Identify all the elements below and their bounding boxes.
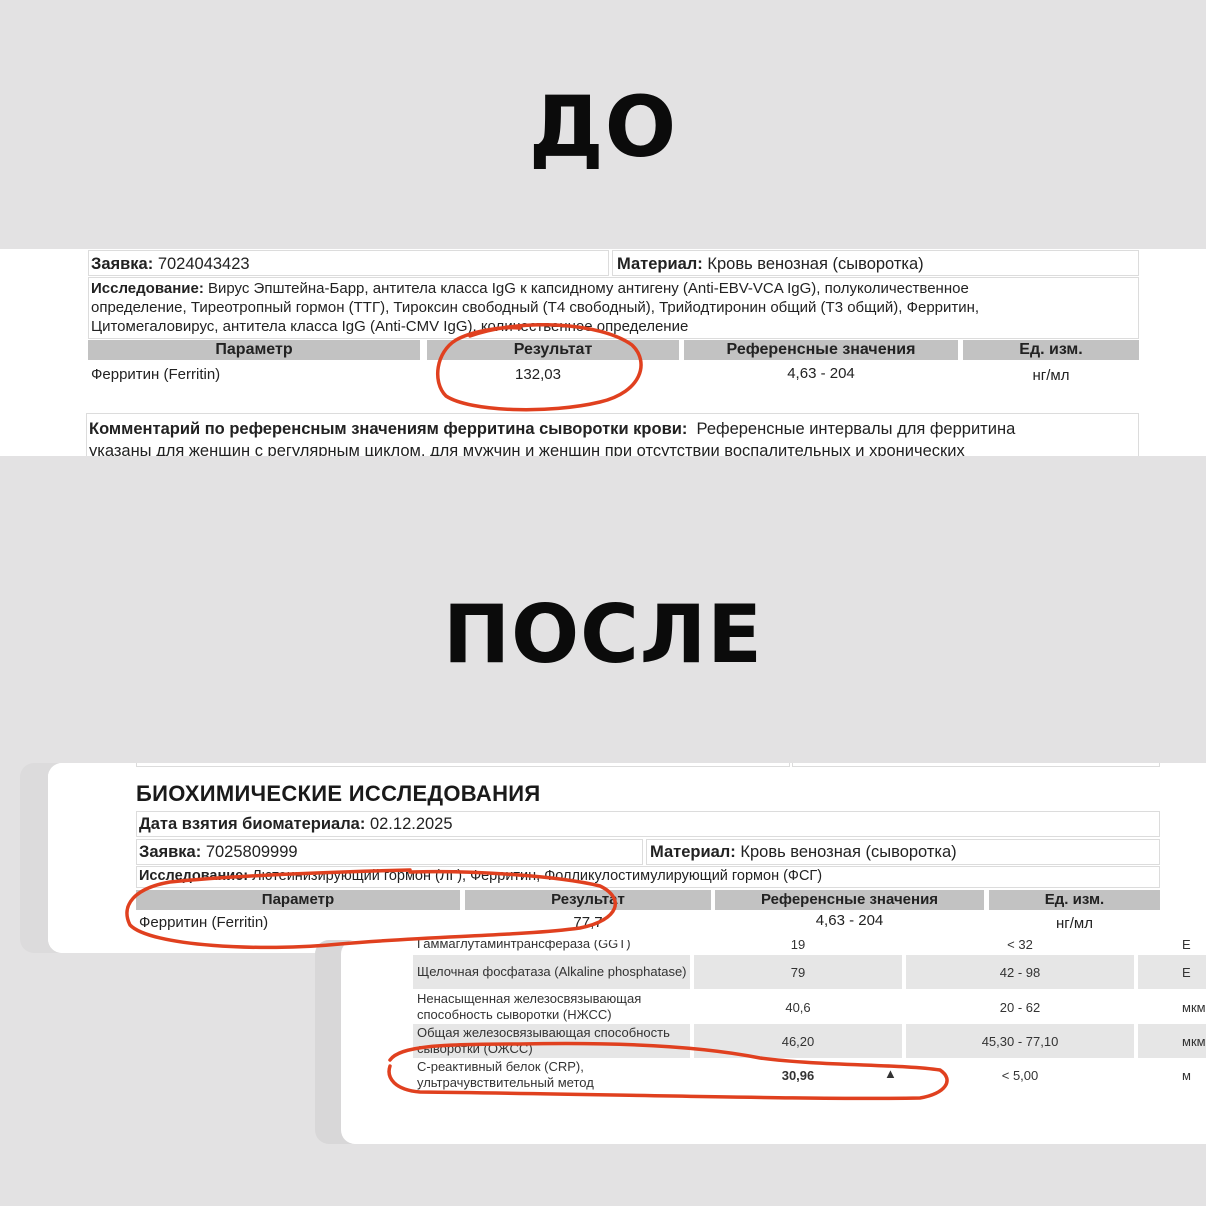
row-unit: нг/мл xyxy=(963,367,1139,384)
table-row: Ненасыщенная железосвязывающая способнос… xyxy=(341,990,1206,1024)
row-unit: мкм xyxy=(1138,1024,1206,1058)
row-reference: < 32 xyxy=(906,940,1134,954)
row-reference: 4,63 - 204 xyxy=(684,365,958,382)
cut-row-left xyxy=(136,763,790,767)
row-reference: < 5,00 xyxy=(906,1058,1134,1092)
row-param: Общая железосвязывающая способность сыво… xyxy=(413,1024,690,1058)
col-header-unit: Ед. изм. xyxy=(989,890,1160,910)
row-result: 30,96 xyxy=(694,1058,902,1092)
study: Исследование: Лютеинизирующий гормон (ЛГ… xyxy=(139,868,822,884)
table-row-crp: С-реактивный белок (CRP), ультрачувствит… xyxy=(341,1058,1206,1092)
study-label: Исследование: xyxy=(91,280,204,297)
before-report-card: Заявка: 7024043423 Материал: Кровь веноз… xyxy=(0,249,1206,456)
order-value: 7024043423 xyxy=(158,255,250,273)
heading-after: ПОСЛЕ xyxy=(0,588,1206,681)
row-unit: Е xyxy=(1138,955,1206,989)
after-biochem-card: Гаммаглутаминтрансфераза (GGT) 19 < 32 Е… xyxy=(341,940,1206,1144)
section-title: БИОХИМИЧЕСКИЕ ИССЛЕДОВАНИЯ xyxy=(136,781,541,807)
study-text: Вирус Эпштейна-Барр, антитела класса IgG… xyxy=(208,280,969,297)
col-header-reference: Референсные значения xyxy=(715,890,984,910)
row-param: Ненасыщенная железосвязывающая способнос… xyxy=(413,990,690,1024)
material: Материал: Кровь венозная (сыворотка) xyxy=(650,843,957,862)
row-result: 79 xyxy=(694,955,902,989)
comment-line-2: указаны для женщин с регулярным циклом, … xyxy=(89,442,965,456)
material: Материал: Кровь венозная (сыворотка) xyxy=(617,255,924,274)
row-unit: м xyxy=(1138,1058,1206,1092)
row-result: 132,03 xyxy=(427,366,649,383)
cut-row-right xyxy=(792,763,1160,767)
sample-date: Дата взятия биоматериала: 02.12.2025 xyxy=(139,815,453,834)
study-line-1: Исследование: Вирус Эпштейна-Барр, антит… xyxy=(91,280,969,297)
material-value: Кровь венозная (сыворотка) xyxy=(707,255,923,273)
row-reference: 20 - 62 xyxy=(906,990,1134,1024)
material-value: Кровь венозная (сыворотка) xyxy=(740,843,956,861)
order: Заявка: 7025809999 xyxy=(139,843,298,862)
col-header-param: Параметр xyxy=(136,890,460,910)
col-header-unit: Ед. изм. xyxy=(963,340,1139,360)
study-line-2: определение, Тиреотропный гормон (ТТГ), … xyxy=(91,299,979,316)
row-unit: нг/мл xyxy=(989,915,1160,932)
col-header-reference: Референсные значения xyxy=(684,340,958,360)
row-param: С-реактивный белок (CRP), ультрачувствит… xyxy=(413,1058,690,1092)
row-reference: 45,30 - 77,10 xyxy=(906,1024,1134,1058)
row-result: 19 xyxy=(694,940,902,954)
row-reference: 4,63 - 204 xyxy=(715,912,984,929)
row-result: 46,20 xyxy=(694,1024,902,1058)
col-header-param: Параметр xyxy=(88,340,420,360)
study-value: Лютеинизирующий гормон (ЛГ), Ферритин, Ф… xyxy=(252,868,822,884)
row-param: Ферритин (Ferritin) xyxy=(91,366,220,383)
after-report-card: БИОХИМИЧЕСКИЕ ИССЛЕДОВАНИЯ Дата взятия б… xyxy=(48,763,1206,953)
order-label: Заявка: xyxy=(139,843,201,861)
study-line-3: Цитомегаловирус, антитела класса IgG (An… xyxy=(91,318,688,335)
row-result: 40,6 xyxy=(694,990,902,1024)
table-row: Гаммаглутаминтрансфераза (GGT) 19 < 32 Е xyxy=(341,940,1206,954)
row-param: Ферритин (Ferritin) xyxy=(139,914,268,931)
date-label: Дата взятия биоматериала: xyxy=(139,815,365,833)
col-header-result: Результат xyxy=(465,890,711,910)
table-row: Общая железосвязывающая способность сыво… xyxy=(341,1024,1206,1058)
comment-label: Комментарий по референсным значениям фер… xyxy=(89,420,687,438)
row-reference: 42 - 98 xyxy=(906,955,1134,989)
row-param: Щелочная фосфатаза (Alkaline phosphatase… xyxy=(413,955,690,989)
comment-text: Референсные интервалы для ферритина xyxy=(697,420,1016,438)
study-label: Исследование: xyxy=(139,868,248,884)
heading-before: ДО xyxy=(0,78,1206,176)
material-label: Материал: xyxy=(617,255,703,273)
date-value: 02.12.2025 xyxy=(370,815,453,833)
row-param: Гаммаглутаминтрансфераза (GGT) xyxy=(413,940,690,954)
material-label: Материал: xyxy=(650,843,736,861)
order-label: Заявка: xyxy=(91,255,153,273)
order-value: 7025809999 xyxy=(206,843,298,861)
comment: Комментарий по референсным значениям фер… xyxy=(89,420,1015,439)
row-unit: Е xyxy=(1138,940,1206,954)
row-unit: мкм xyxy=(1138,990,1206,1024)
row-result: 77,7 xyxy=(465,914,711,931)
high-flag-icon: ▲ xyxy=(884,1066,897,1100)
order: Заявка: 7024043423 xyxy=(91,255,250,274)
table-row: Щелочная фосфатаза (Alkaline phosphatase… xyxy=(341,955,1206,989)
col-header-result: Результат xyxy=(427,340,679,360)
